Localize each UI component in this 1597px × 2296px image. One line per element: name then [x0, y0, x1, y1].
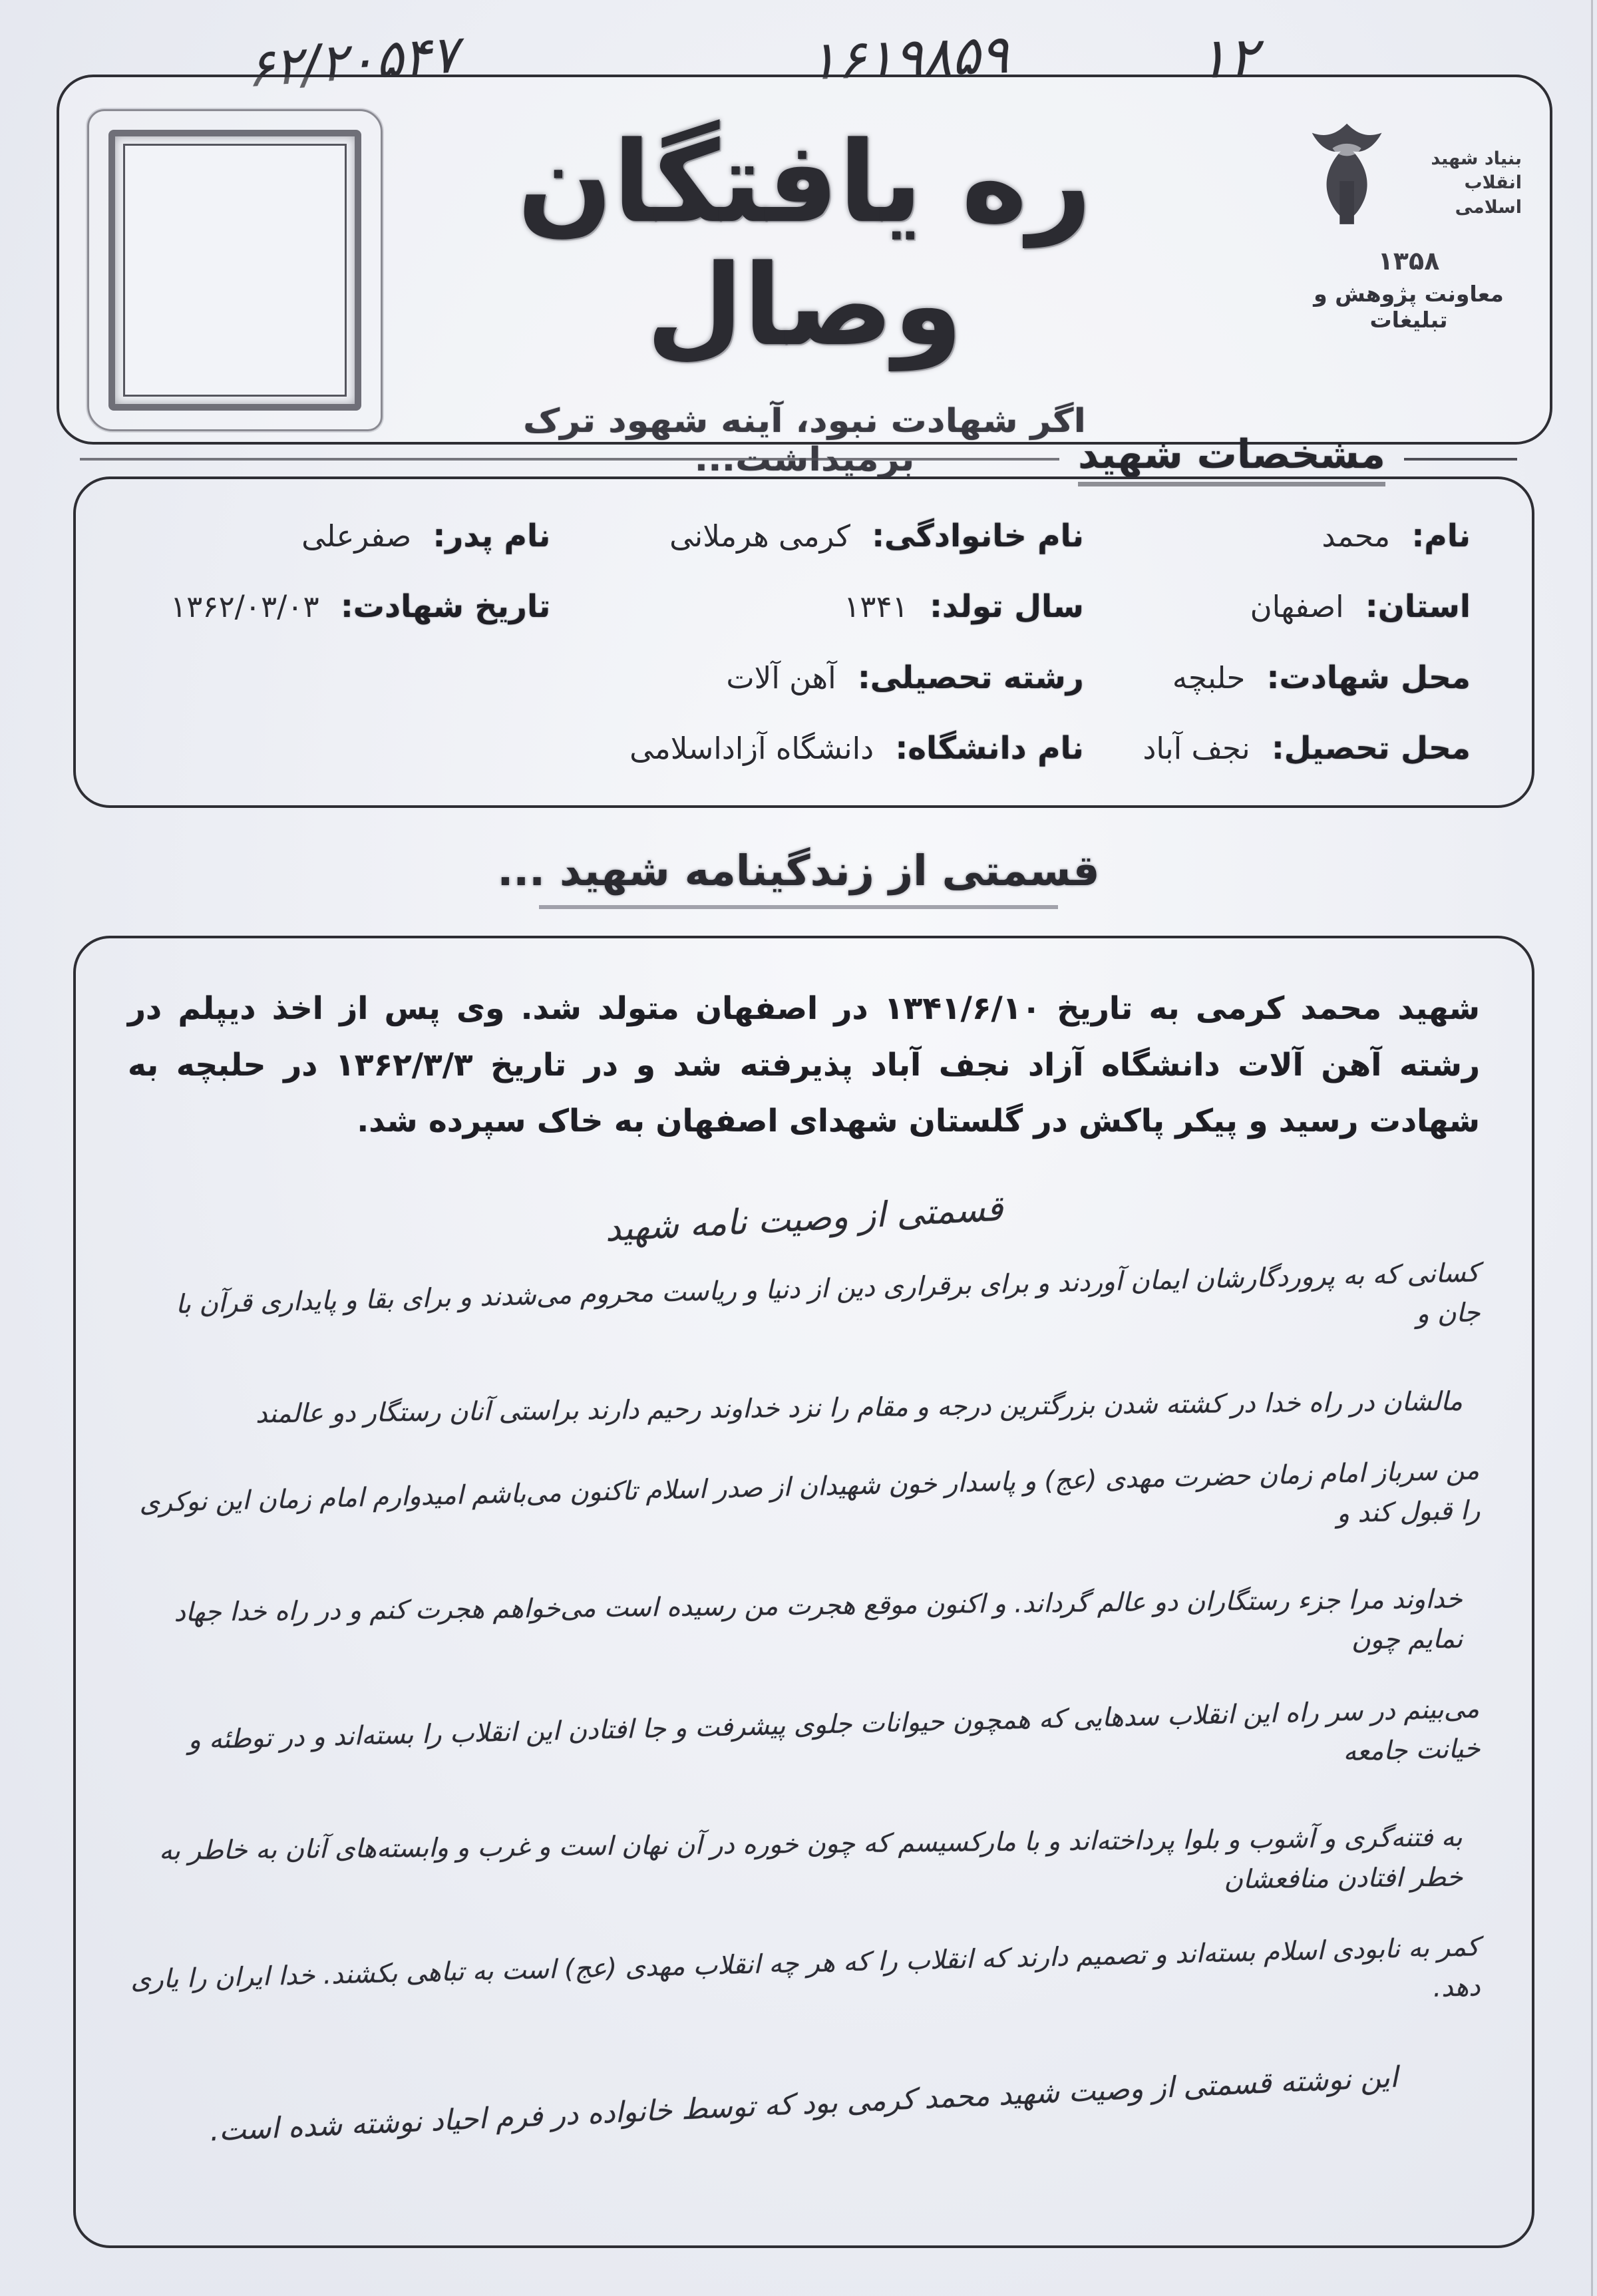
will-line: خداوند مرا جزء رستگاران دو عالم گرداند. …: [127, 1579, 1463, 1674]
field-martyrdom-place-value: حلبچه: [1172, 660, 1245, 695]
photo-frame-empty-area: [123, 144, 347, 396]
field-study-place: محل تحصیل: نجف آباد: [1084, 730, 1471, 767]
page-title: ره یافتگان وصال: [439, 121, 1170, 367]
field-martyrdom-place-label: محل شهادت:: [1267, 660, 1471, 696]
biography-section-title: قسمتی از زندگینامه شهید ...: [0, 847, 1597, 895]
field-province-value: اصفهان: [1250, 589, 1344, 624]
tulip-emblem-icon: [1296, 113, 1398, 245]
field-first-name: نام: محمد: [1084, 518, 1471, 554]
field-study-field-label: رشته تحصیلی:: [858, 660, 1084, 696]
foundation-name: بنیاد شهید انقلاب اسلامی: [1405, 147, 1522, 220]
field-university-name-label: نام دانشگاه:: [896, 730, 1084, 767]
will-line: مالشان در راه خدا در کشته شدن بزرگترین د…: [128, 1382, 1463, 1435]
photo-frame-border: [108, 130, 361, 411]
field-university-name-value: دانشگاه آزاداسلامی: [629, 731, 874, 766]
field-last-name-label: نام خانوادگی:: [872, 518, 1084, 554]
field-study-place-label: محل تحصیل:: [1272, 730, 1471, 767]
divider-line-left: [80, 458, 1059, 461]
field-father-name: نام پدر: صفرعلی: [137, 518, 550, 554]
field-university-name: نام دانشگاه: دانشگاه آزاداسلامی: [550, 730, 1084, 767]
biography-section-underline: [539, 905, 1058, 909]
foundation-name-line2: انقلاب اسلامی: [1405, 171, 1522, 220]
field-first-name-label: نام:: [1411, 518, 1471, 554]
field-martyrdom-place: محل شهادت: حلبچه: [1084, 660, 1471, 696]
field-birth-year-value: ۱۳۴۱: [844, 589, 908, 624]
field-study-field: رشته تحصیلی: آهن آلات: [550, 660, 1084, 696]
field-martyrdom-date-label: تاریخ شهادت:: [341, 588, 550, 625]
foundation-logo-block: بنیاد شهید انقلاب اسلامی ۱۳۵۸ معاونت پژو…: [1296, 113, 1522, 333]
will-line: کسانی که به پروردگارشان ایمان آوردند و ب…: [127, 1253, 1481, 1366]
field-father-name-label: نام پدر:: [433, 518, 550, 554]
will-footnote: این نوشته قسمتی از وصیت شهید محمد کرمی ب…: [128, 2057, 1480, 2152]
will-line: به فتنه‌گری و آشوب و بلوا پرداخته‌اند و …: [127, 1818, 1463, 1912]
title-block: ره یافتگان وصال اگر شهادت نبود، آینه شهو…: [439, 121, 1170, 482]
field-martyrdom-date: تاریخ شهادت: ۱۳۶۲/۰۳/۰۳: [137, 588, 550, 625]
scan-edge-line: [1591, 0, 1593, 2296]
foundation-department: معاونت پژوهش و تبلیغات: [1296, 281, 1522, 333]
field-birth-year-label: سال تولد:: [930, 588, 1084, 625]
will-line: کمر به نابودی اسلام بسته‌اند و تصمیم دار…: [127, 1927, 1481, 2040]
field-last-name: نام خانوادگی: کرمی هرملانی: [550, 518, 1084, 554]
field-spacer-1: [137, 660, 550, 696]
field-province-label: استان:: [1365, 588, 1471, 625]
photo-frame-placeholder: [87, 109, 383, 431]
field-study-field-value: آهن آلات: [726, 660, 836, 695]
header-box: ره یافتگان وصال اگر شهادت نبود، آینه شهو…: [57, 75, 1552, 445]
field-spacer-2: [137, 730, 550, 767]
field-first-name-value: محمد: [1322, 518, 1390, 554]
will-line: من سرباز امام زمان حضرت مهدی (عج) و پاسد…: [127, 1451, 1481, 1564]
will-text-block: کسانی که به پروردگارشان ایمان آوردند و ب…: [128, 1270, 1480, 2024]
foundation-year: ۱۳۵۸: [1296, 246, 1522, 276]
will-line: می‌بینم در سر راه این انقلاب سدهایی که ه…: [127, 1689, 1481, 1802]
biography-and-will-box: شهید محمد کرمی به تاریخ ۱۳۴۱/۶/۱۰ در اصف…: [73, 936, 1534, 2248]
field-province: استان: اصفهان: [1084, 588, 1471, 625]
field-birth-year: سال تولد: ۱۳۴۱: [550, 588, 1084, 625]
martyr-details-box: نام: محمد نام خانوادگی: کرمی هرملانی نام…: [73, 477, 1534, 808]
foundation-name-line1: بنیاد شهید: [1405, 147, 1522, 171]
field-father-name-value: صفرعلی: [301, 518, 411, 554]
divider-line-right: [1404, 458, 1517, 461]
will-section-header: قسمتی از وصیت نامه شهید: [604, 1189, 1004, 1249]
field-last-name-value: کرمی هرملانی: [669, 518, 850, 554]
field-study-place-value: نجف آباد: [1143, 731, 1250, 766]
field-martyrdom-date-value: ۱۳۶۲/۰۳/۰۳: [170, 589, 319, 624]
biography-text: شهید محمد کرمی به تاریخ ۱۳۴۱/۶/۱۰ در اصف…: [128, 981, 1480, 1150]
